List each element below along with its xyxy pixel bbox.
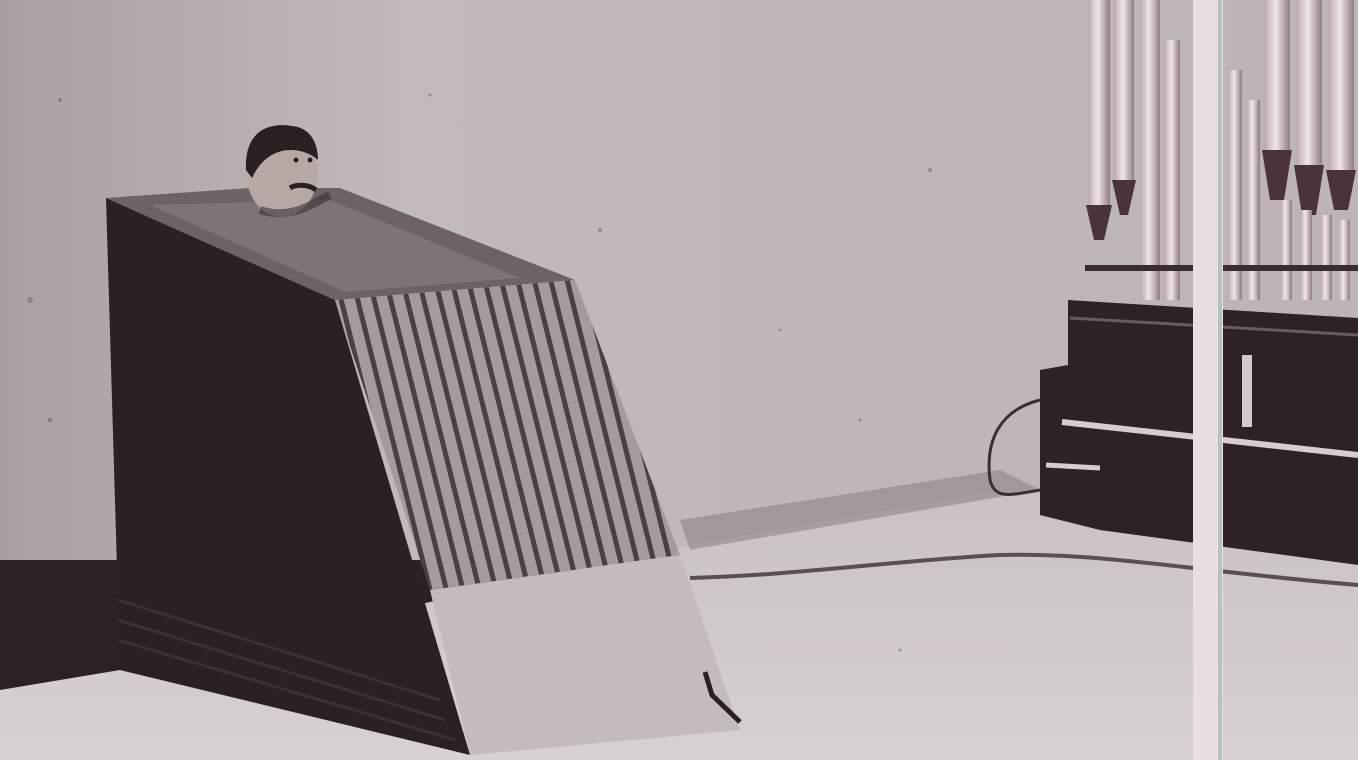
vintage-photograph xyxy=(0,0,1358,760)
